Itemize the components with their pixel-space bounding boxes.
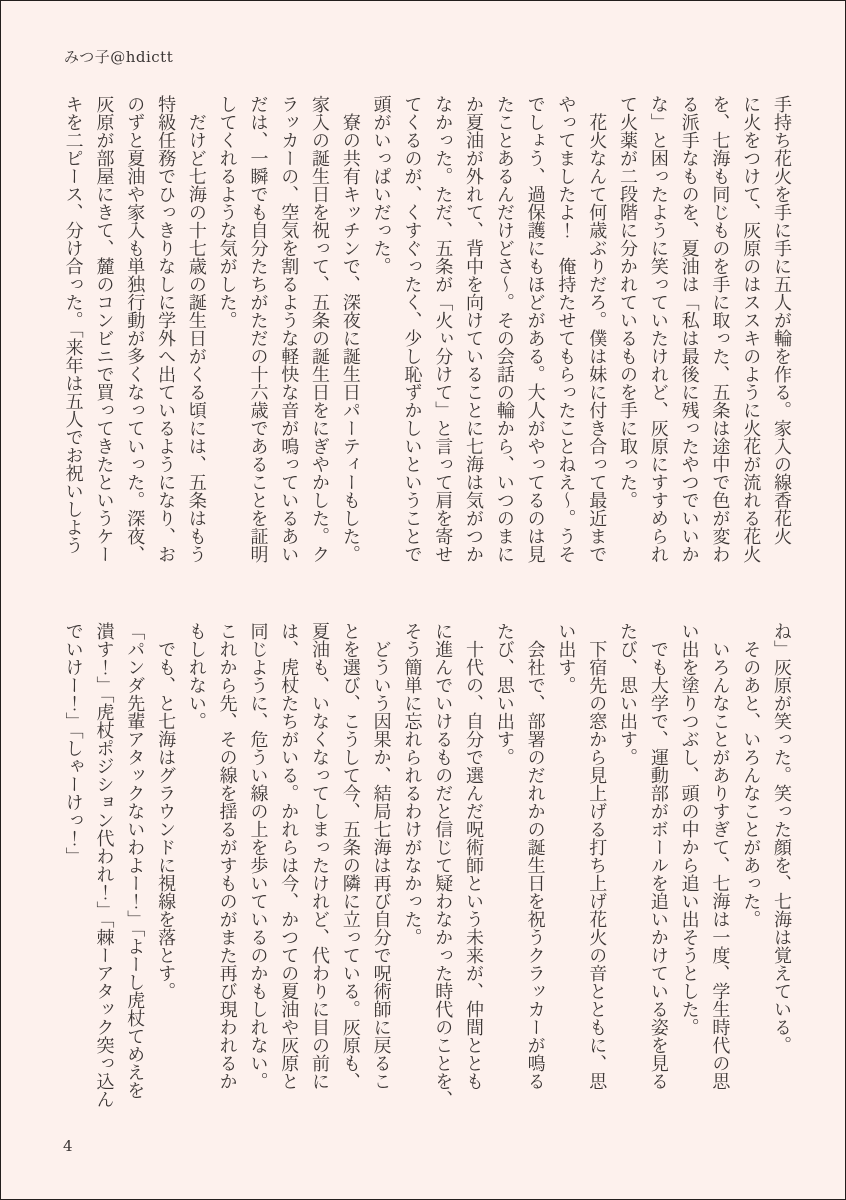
text-line: たことあるんだけどさ〜。その会話の輪から、いつのまに [488,95,519,573]
text-line: は、虎杖たちがいる。かれらは今、かつての夏油や灰原と [272,622,303,1092]
text-line: 「パンダ先輩アタックないわよー！」「よーし虎杖てめえを [118,622,149,1092]
text-line: これから先、その線を揺るがすものがまた再び現われるか [211,622,242,1092]
text-line: ね」灰原が笑った。笑った顔を、七海は覚えている。 [765,622,796,1092]
text-line: もしれない。 [180,622,211,1092]
text-line: たび、思い出す。 [488,622,519,1092]
text-line: 同じように、危うい線の上を歩いているのかもしれない。 [242,622,273,1092]
text-line: とを選び、こうして今、五条の隣に立っている。灰原も、 [334,622,365,1092]
text-line: いろんなことがありすぎて、七海は一度、学生時代の思 [704,622,735,1092]
text-line: い出す。 [550,622,581,1092]
text-line: 特級任務でひっきりなしに学外へ出ているようになり、お [149,95,180,573]
text-block-bottom: ね」灰原が笑った。笑った顔を、七海は覚えている。 そのあと、いろんなことがあった… [50,622,796,1092]
text-line: ラッカーの、空気を割るような軽快な音が鳴っているあい [272,95,303,573]
text-line: だは、一瞬でも自分たちがただの十六歳であることを証明 [242,95,273,573]
text-line: 会社で、部署のだれかの誕生日を祝うクラッカーが鳴る [519,622,550,1092]
text-line: る派手なものを、夏油は「私は最後に残ったやつでいいか [673,95,704,573]
text-line: て火薬が二段階に分かれているものを手に取った。 [611,95,642,573]
text-line: 手持ち花火を手に手に五人が輪を作る。家入の線香花火 [765,95,796,573]
text-line: てくるのが、くすぐったく、少し恥ずかしいということで [396,95,427,573]
text-line: キを二ピース、分け合った。「来年は五人でお祝いしよう [57,95,88,573]
text-line: そのあと、いろんなことがあった。 [734,622,765,1092]
text-line: 下宿先の窓から見上げる打ち上げ花火の音とともに、思 [580,622,611,1092]
text-line: を、七海も同じものを手に取った、五条は途中で色が変わ [704,95,735,573]
text-line: やってましたよ！ 俺持たせてもらったことねえ〜。うそ [550,95,581,573]
text-line: 潰す！」「虎杖ポジション代われ！」「棘ーアタック突っ込ん [88,622,119,1092]
text-line: なかった。ただ、五条が「火ぃ分けて」と言って肩を寄せ [426,95,457,573]
text-line: そう簡単に忘れられるわけがなかった。 [396,622,427,1092]
page-number: 4 [63,1137,73,1155]
text-block-top: 手持ち花火を手に手に五人が輪を作る。家入の線香花火に火をつけて、灰原のはススキの… [50,95,796,573]
text-line: たび、思い出す。 [611,622,642,1092]
text-line: だけど七海の十七歳の誕生日がくる頃には、五条はもう [180,95,211,573]
text-line: 頭がいっぱいだった。 [365,95,396,573]
text-line: い出を塗りつぶし、頭の中から追い出そうとした。 [673,622,704,1092]
text-line: 夏油も、いなくなってしまったけれど、代わりに目の前に [303,622,334,1092]
author-handle: みつ子@hdictt [64,46,173,67]
text-line: のずと夏油や家入も単独行動が多くなっていった。深夜、 [118,95,149,573]
text-line: でも大学で、運動部がボールを追いかけている姿を見る [642,622,673,1092]
text-line: か夏油が外れて、背中を向けていることに七海は気がつか [457,95,488,573]
text-line: 家入の誕生日を祝って、五条の誕生日をにぎやかした。ク [303,95,334,573]
text-line: に進んでいけるものだと信じて疑わなかった時代のことを、 [426,622,457,1092]
doujinshi-page: みつ子@hdictt 手持ち花火を手に手に五人が輪を作る。家入の線香花火に火をつ… [0,0,846,1200]
text-line: 花火なんて何歳ぶりだろ。僕は妹に付き合って最近まで [580,95,611,573]
text-line: でも、と七海はグラウンドに視線を落とす。 [149,622,180,1092]
text-line: 十代の、自分で選んだ呪術師という未来が、仲間ととも [457,622,488,1092]
text-line: どういう因果か、結局七海は再び自分で呪術師に戻るこ [365,622,396,1092]
text-line: な」と困ったように笑っていたけれど、灰原にすすめられ [642,95,673,573]
text-line: してくれるような気がした。 [211,95,242,573]
text-line: でいけー！」「しゃーけっ！」 [57,622,88,1092]
text-line: に火をつけて、灰原のはススキのように火花が流れる花火 [734,95,765,573]
text-line: 寮の共有キッチンで、深夜に誕生日パーティーもした。 [334,95,365,573]
text-line: でしょう、過保護にもほどがある。大人がやってるのは見 [519,95,550,573]
text-line: 灰原が部屋にきて、麓のコンビニで買ってきたというケー [88,95,119,573]
